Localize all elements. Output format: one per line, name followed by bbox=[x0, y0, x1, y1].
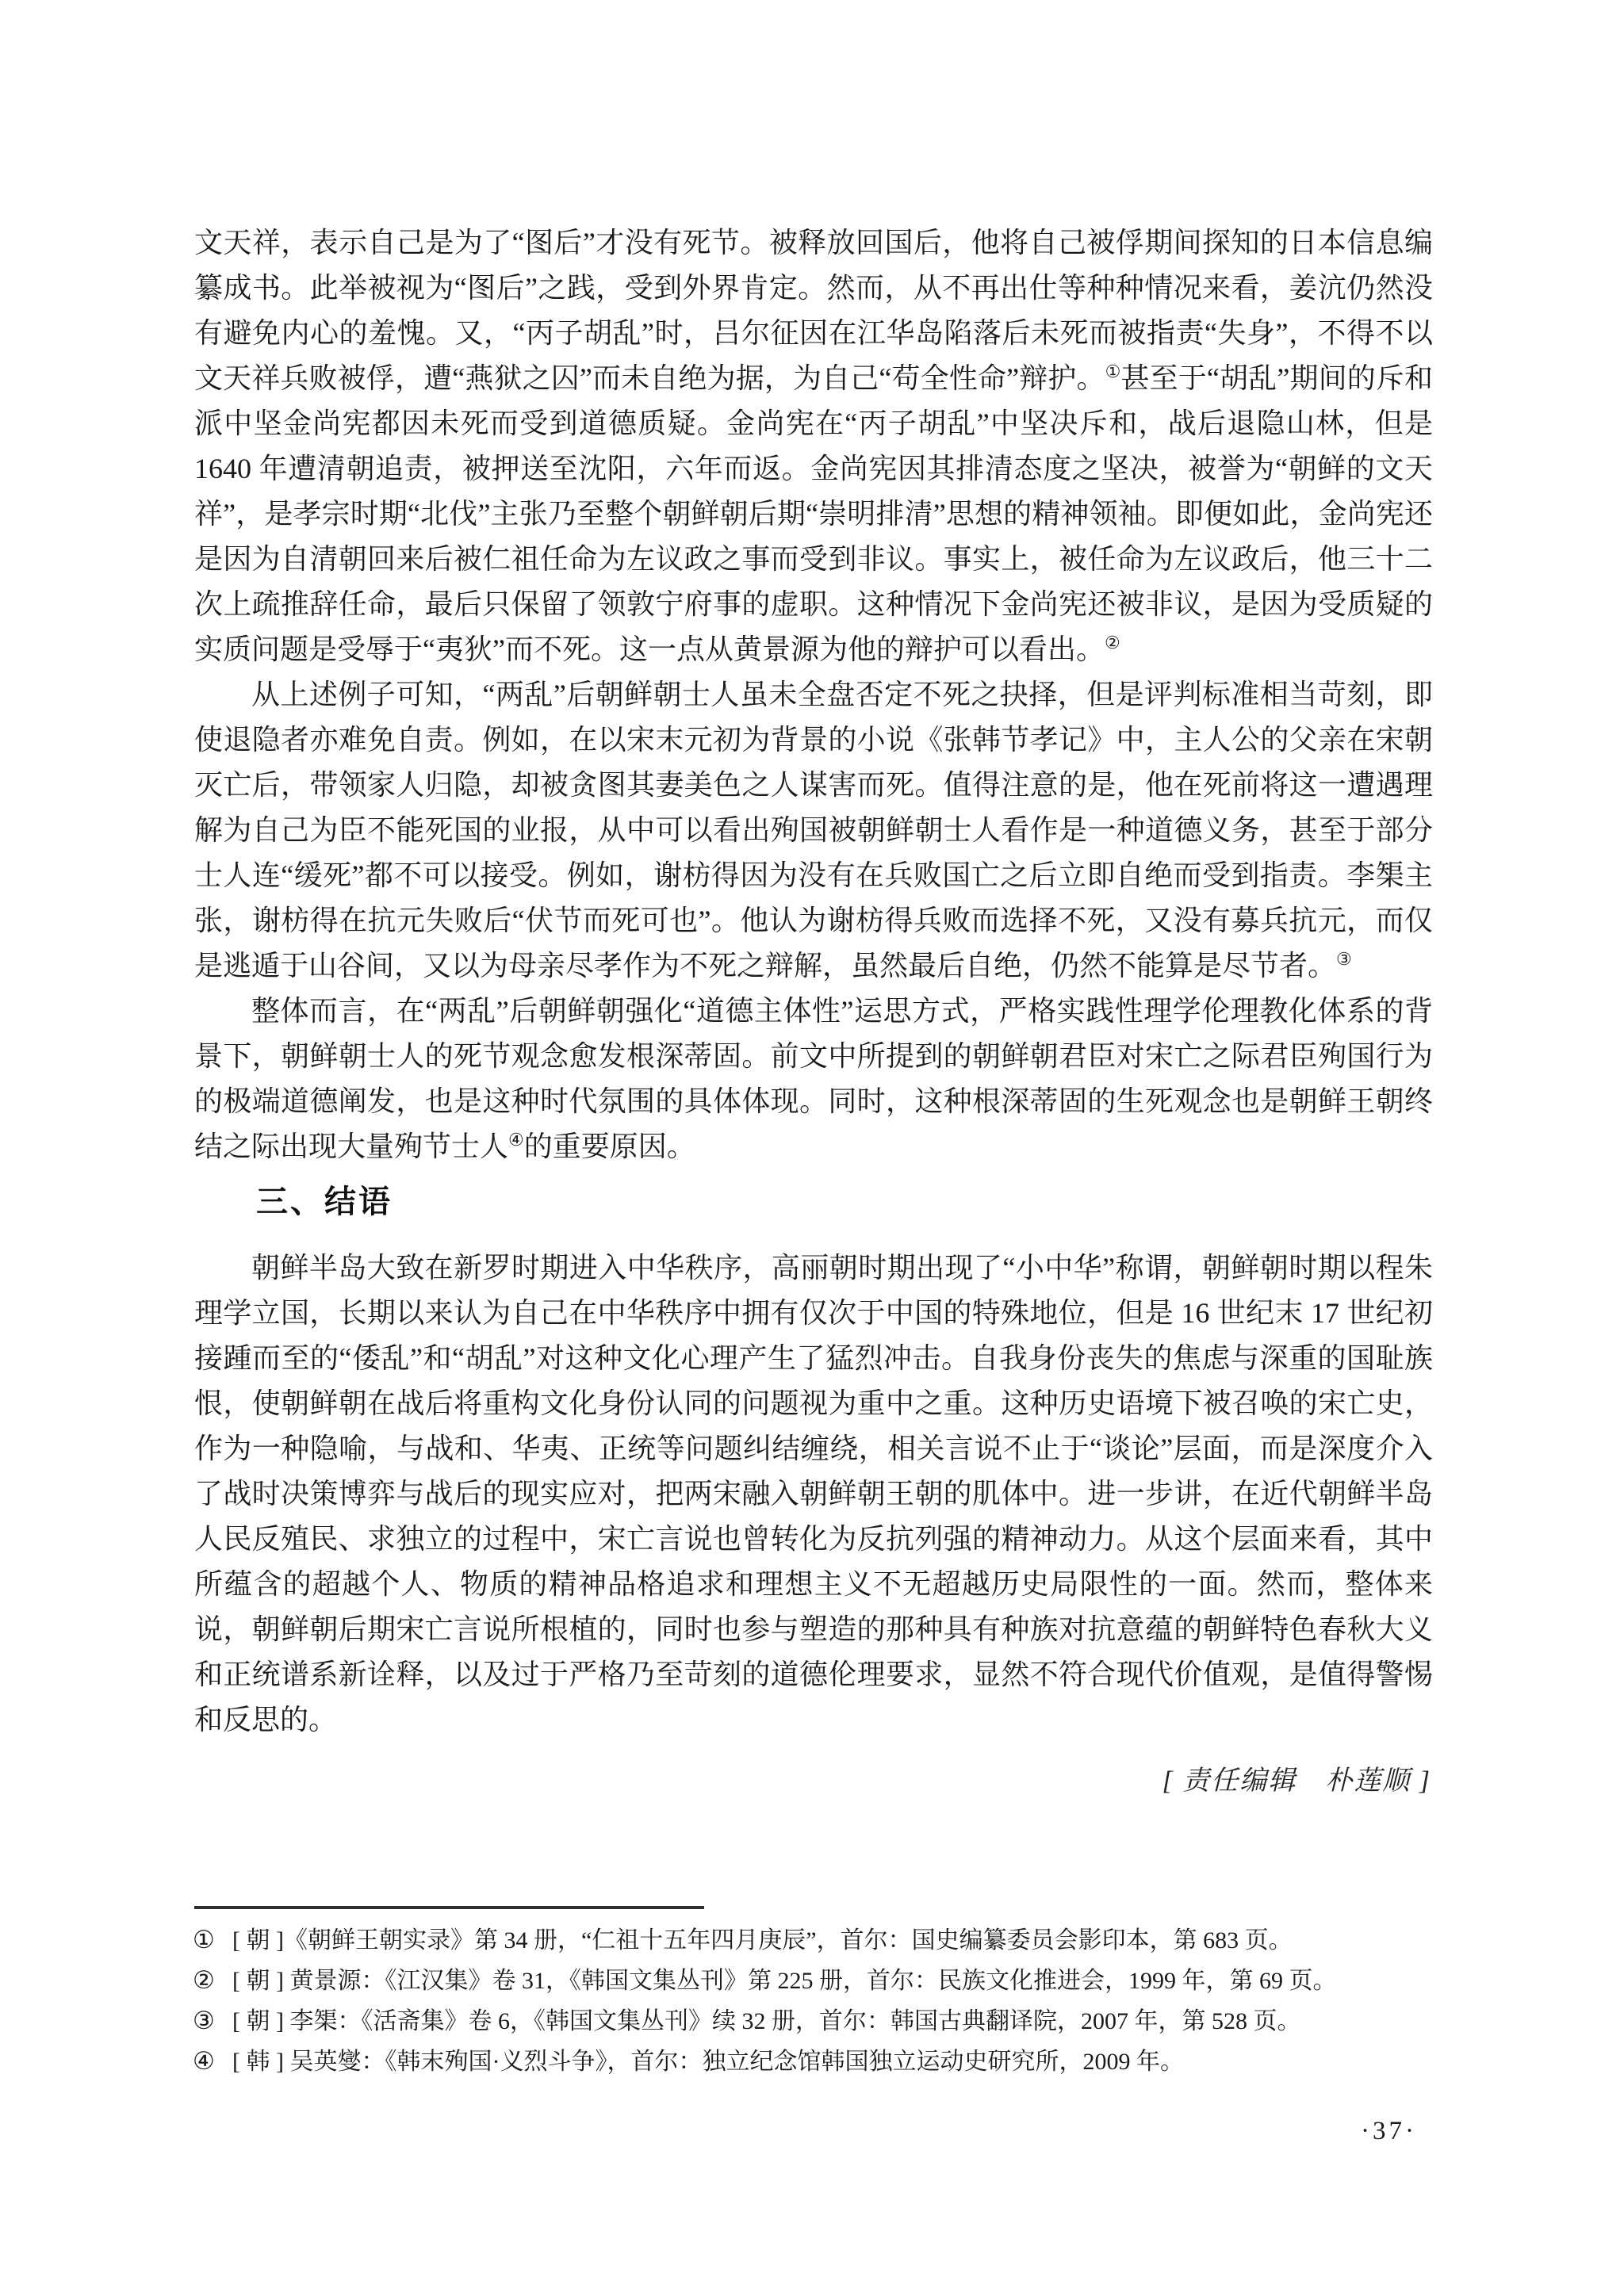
body-paragraph: 文天祥，表示自己是为了“图后”才没有死节。被释放回国后，他将自己被俘期间探知的日… bbox=[194, 220, 1433, 672]
footnote-text: [ 韩 ] 吴英燮：《韩末殉国·义烈斗争》，首尔：独立纪念馆韩国独立运动史研究所… bbox=[232, 2042, 1461, 2082]
footnote-ref: ③ bbox=[1336, 949, 1352, 969]
footnote-text: [ 朝 ] 李榘：《活斋集》卷 6，《韩国文集丛刊》续 32 册，首尔：韩国古典… bbox=[232, 2002, 1461, 2042]
footnote-text: [ 朝 ]《朝鲜王朝实录》第 34 册，“仁祖十五年四月庚辰”，首尔：国史编纂委… bbox=[232, 1921, 1461, 1961]
footnote-item: ③[ 朝 ] 李榘：《活斋集》卷 6，《韩国文集丛刊》续 32 册，首尔：韩国古… bbox=[193, 2001, 1461, 2042]
article-body: 文天祥，表示自己是为了“图后”才没有死节。被释放回国后，他将自己被俘期间探知的日… bbox=[194, 220, 1433, 1743]
footnote-divider bbox=[194, 1906, 704, 1909]
footnote-ref: ② bbox=[1105, 633, 1120, 652]
body-paragraph: 从上述例子可知，“两乱”后朝鲜朝士人虽未全盘否定不死之抉择，但是评判标准相当苛刻… bbox=[194, 672, 1433, 989]
footnote-marker: ② bbox=[193, 1961, 232, 2000]
footnote-marker: ④ bbox=[193, 2042, 232, 2081]
footnote-item: ②[ 朝 ] 黄景源：《江汉集》卷 31，《韩国文集丛刊》第 225 册，首尔：… bbox=[193, 1961, 1461, 2001]
page-number: ·37· bbox=[194, 2115, 1417, 2147]
body-paragraph: 朝鲜半岛大致在新罗时期进入中华秩序，高丽朝时期出现了“小中华”称谓，朝鲜朝时期以… bbox=[194, 1246, 1433, 1743]
footnote-item: ④[ 韩 ] 吴英燮：《韩末殉国·义烈斗争》，首尔：独立纪念馆韩国独立运动史研究… bbox=[193, 2042, 1461, 2082]
footnote-ref: ④ bbox=[508, 1130, 524, 1150]
footnote-item: ①[ 朝 ]《朝鲜王朝实录》第 34 册，“仁祖十五年四月庚辰”，首尔：国史编纂… bbox=[193, 1920, 1461, 1961]
footnotes-list: ①[ 朝 ]《朝鲜王朝实录》第 34 册，“仁祖十五年四月庚辰”，首尔：国史编纂… bbox=[193, 1920, 1461, 2082]
footnote-text: [ 朝 ] 黄景源：《江汉集》卷 31，《韩国文集丛刊》第 225 册，首尔：民… bbox=[232, 1961, 1461, 2001]
section-heading: 三、结语 bbox=[256, 1184, 1433, 1220]
editor-credit: [ 责任编辑 朴莲顺 ] bbox=[194, 1765, 1431, 1798]
footnote-ref: ① bbox=[1105, 362, 1121, 381]
footnote-marker: ① bbox=[193, 1920, 232, 1960]
body-paragraph: 整体而言，在“两乱”后朝鲜朝强化“道德主体性”运思方式，严格实践性理学伦理教化体… bbox=[194, 989, 1433, 1169]
footnote-marker: ③ bbox=[193, 2001, 232, 2041]
document-page: 文天祥，表示自己是为了“图后”才没有死节。被释放回国后，他将自己被俘期间探知的日… bbox=[0, 0, 1624, 2296]
